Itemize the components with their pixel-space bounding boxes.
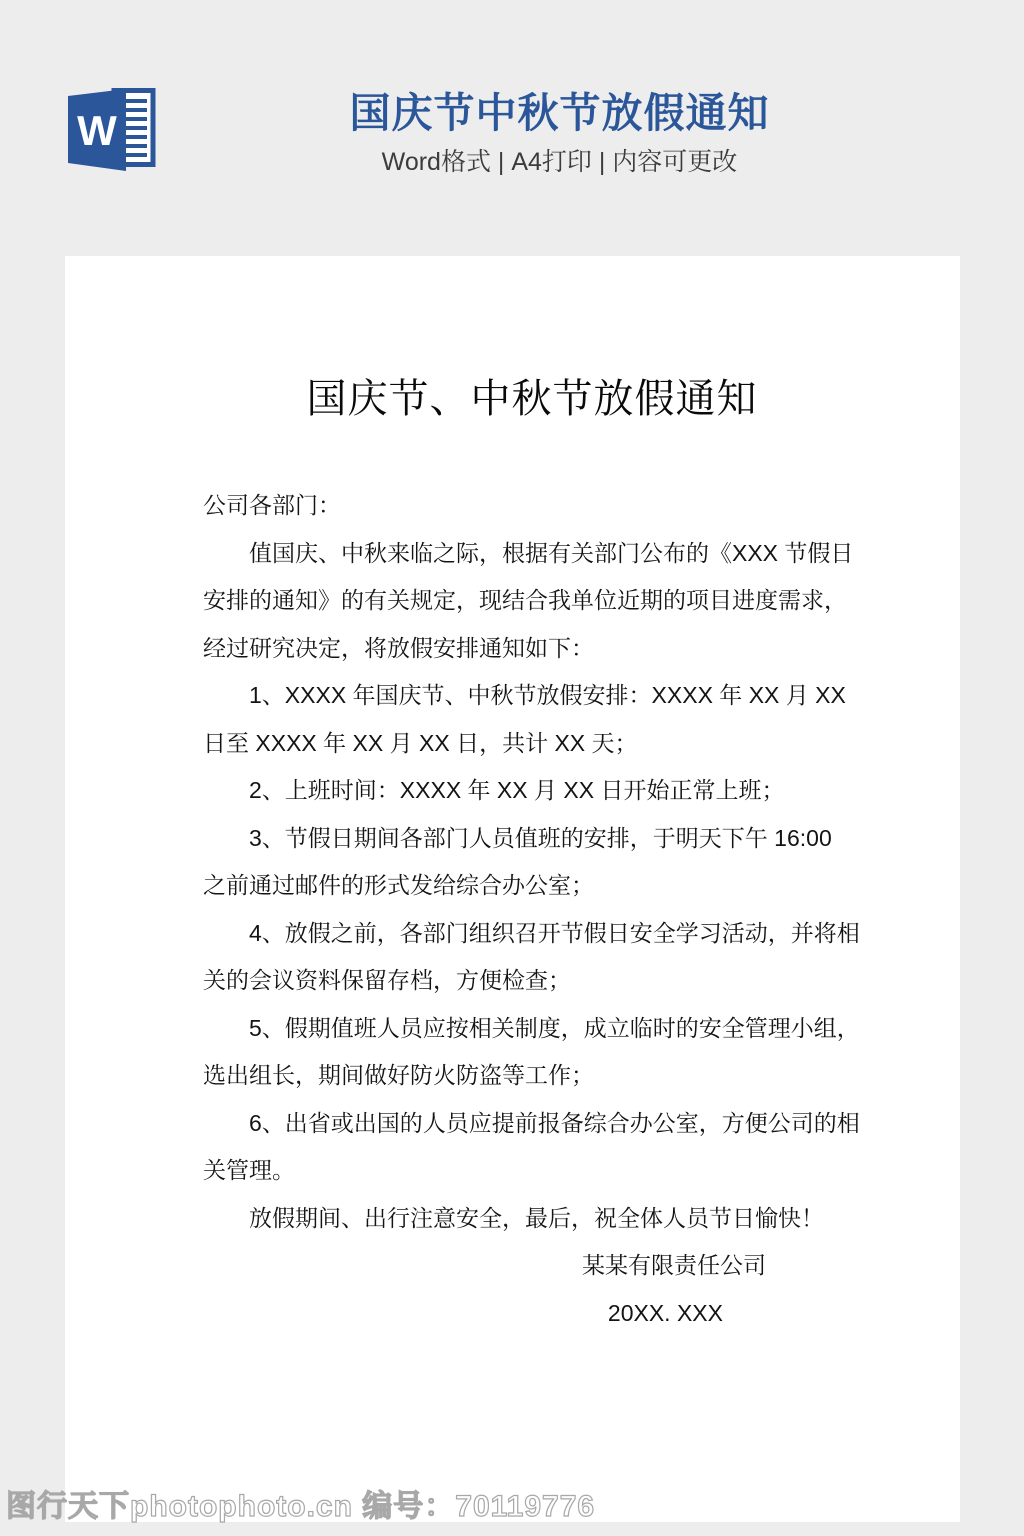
template-title: 国庆节中秋节放假通知: [95, 86, 1024, 140]
template-preview: W 国庆节中秋节放假通知 Word格式 | A4打印 | 内容可更改 国庆节、中…: [0, 0, 1024, 1536]
template-subtitle: Word格式 | A4打印 | 内容可更改: [95, 145, 1024, 179]
notice-item-3: 3、节假日期间各部门人员值班的安排，于明天下午 16:00 之前通过邮件的形式发…: [203, 815, 861, 910]
intro-paragraph: 值国庆、中秋来临之际，根据有关部门公布的《XXX 节假日安排的通知》的有关规定，…: [203, 530, 861, 673]
notice-item-5: 5、假期值班人员应按相关制度，成立临时的安全管理小组，选出组长，期间做好防火防盗…: [203, 1005, 861, 1100]
document-page: 国庆节、中秋节放假通知 公司各部门： 值国庆、中秋来临之际，根据有关部门公布的《…: [65, 256, 960, 1522]
signature-block: 某某有限责任公司 20XX. XXX: [203, 1242, 861, 1337]
signature-date: 20XX. XXX: [203, 1290, 861, 1338]
signature-company: 某某有限责任公司: [203, 1242, 861, 1290]
closing-paragraph: 放假期间、出行注意安全，最后，祝全体人员节日愉快！: [203, 1195, 861, 1243]
document-body: 公司各部门： 值国庆、中秋来临之际，根据有关部门公布的《XXX 节假日安排的通知…: [203, 482, 861, 1242]
notice-item-1: 1、XXXX 年国庆节、中秋节放假安排：XXXX 年 XX 月 XX 日至 XX…: [203, 672, 861, 767]
notice-item-2: 2、上班时间：XXXX 年 XX 月 XX 日开始正常上班；: [203, 767, 861, 815]
document-title: 国庆节、中秋节放假通知: [203, 375, 861, 423]
notice-item-6: 6、出省或出国的人员应提前报备综合办公室，方便公司的相关管理。: [203, 1100, 861, 1195]
site-watermark: 图行天下photophoto.cn 编号：70119776: [6, 1492, 595, 1522]
notice-item-4: 4、放假之前，各部门组织召开节假日安全学习活动，并将相关的会议资料保留存档，方便…: [203, 910, 861, 1005]
salutation-line: 公司各部门：: [203, 482, 861, 530]
document-content: 国庆节、中秋节放假通知 公司各部门： 值国庆、中秋来临之际，根据有关部门公布的《…: [203, 256, 861, 1337]
template-header: 国庆节中秋节放假通知 Word格式 | A4打印 | 内容可更改: [95, 86, 1024, 179]
